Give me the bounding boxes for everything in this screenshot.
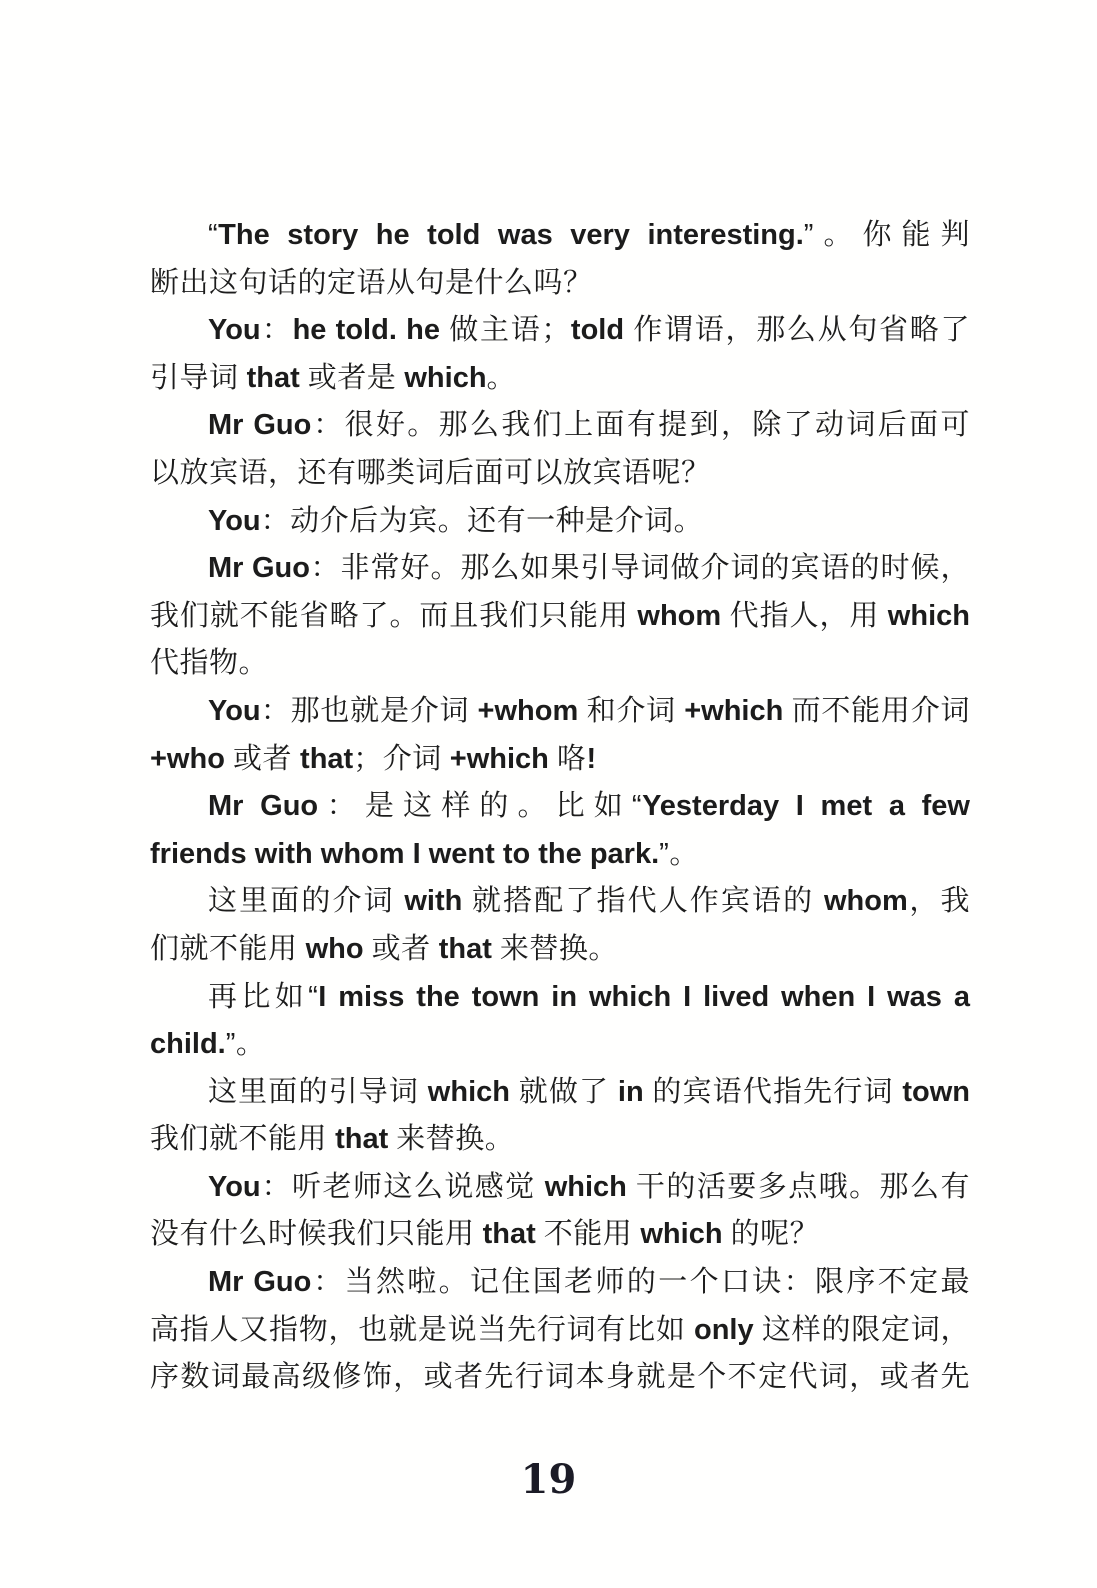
text-line: 高指人又指物，也就是说当先行词有比如 only 这样的限定词， [150,1307,970,1355]
text-line: 我们就不能用 that 来替换。 [150,1116,970,1164]
text-line: 代指物。 [150,640,970,688]
latin-run: which [419,1076,519,1108]
text-line: child.”。 [150,1021,970,1069]
latin-run: whom [814,885,907,917]
text-line: 没有什么时候我们只能用 that 不能用 which 的呢？ [150,1211,970,1259]
latin-run: that [475,1218,544,1250]
latin-run: that [431,933,500,965]
text-line: 再比如“I miss the town in which I lived whe… [150,974,970,1022]
text-line: 这里面的介词 with 就搭配了指代人作宾语的 whom，我 [150,878,970,926]
text-line: 们就不能用 who 或者 that 来替换。 [150,926,970,974]
latin-run: told [571,314,633,346]
text-line: 断出这句话的定语从句是什么吗？ [150,260,970,308]
text-line: Mr Guo：很好。那么我们上面有提到，除了动词后面可 [150,402,970,450]
latin-run: he told. he [293,314,450,346]
text-line: “The story he told was very interesting.… [150,212,970,260]
latin-run: +whom [469,695,586,727]
book-page: “The story he told was very interesting.… [0,0,1097,1588]
latin-run: Mr Guo [208,790,318,822]
latin-run: which [536,1171,636,1203]
latin-run: that [292,743,353,775]
latin-run: which [879,600,970,632]
latin-run: Mr Guo [208,1266,311,1298]
text-line: Mr Guo：非常好。那么如果引导词做介词的宾语的时候， [150,545,970,593]
text-line: 序数词最高级修饰，或者先行词本身就是个不定代词，或者先 [150,1354,970,1402]
latin-run: friends with whom I went to the park. [150,838,659,870]
latin-run: which [396,362,486,394]
latin-run: that [327,1123,396,1155]
latin-run: with [395,885,472,917]
text-line: 我们就不能省略了。而且我们只能用 whom 代指人，用 which [150,593,970,641]
latin-run: +which [676,695,792,727]
text-line: 以放宾语，还有哪类词后面可以放宾语呢？ [150,450,970,498]
latin-run: You [208,1171,261,1203]
latin-run: only [686,1314,762,1346]
text-line: 这里面的引导词 which 就做了 in 的宾语代指先行词 town [150,1069,970,1117]
text-line: Mr Guo：当然啦。记住国老师的一个口诀：限序不定最 [150,1259,970,1307]
latin-run: Mr Guo [208,552,310,584]
latin-run: who [298,933,372,965]
latin-run: Mr Guo [208,409,311,441]
latin-run: +who [150,743,233,775]
latin-run: You [208,505,261,537]
latin-run: The story he told was very interesting. [218,219,804,251]
body-text: “The story he told was very interesting.… [150,212,970,1402]
latin-run: ! [586,743,596,775]
latin-run: Yesterday I met a few [642,790,970,822]
latin-run: You [208,695,261,727]
text-line: You：那也就是介词 +whom 和介词 +which 而不能用介词 [150,688,970,736]
text-line: +who 或者 that；介词 +which 咯! [150,736,970,784]
text-line: You：he told. he 做主语；told 作谓语，那么从句省略了 [150,307,970,355]
page-number: 19 [0,1458,1097,1502]
latin-run: which [632,1218,730,1250]
latin-run: whom [629,600,730,632]
latin-run: that [239,362,308,394]
text-line: Mr Guo：是这样的。比如“Yesterday I met a few [150,783,970,831]
text-line: 引导词 that 或者是 which。 [150,355,970,403]
latin-run: in [609,1076,652,1108]
text-line: friends with whom I went to the park.”。 [150,831,970,879]
text-line: You：听老师这么说感觉 which 干的活要多点哦。那么有 [150,1164,970,1212]
latin-run: You [208,314,261,346]
latin-run: I miss the town in which I lived when I … [318,981,970,1013]
latin-run: child. [150,1028,226,1060]
latin-run: +which [442,743,557,775]
text-line: You：动介后为宾。还有一种是介词。 [150,498,970,546]
latin-run: town [894,1076,970,1108]
